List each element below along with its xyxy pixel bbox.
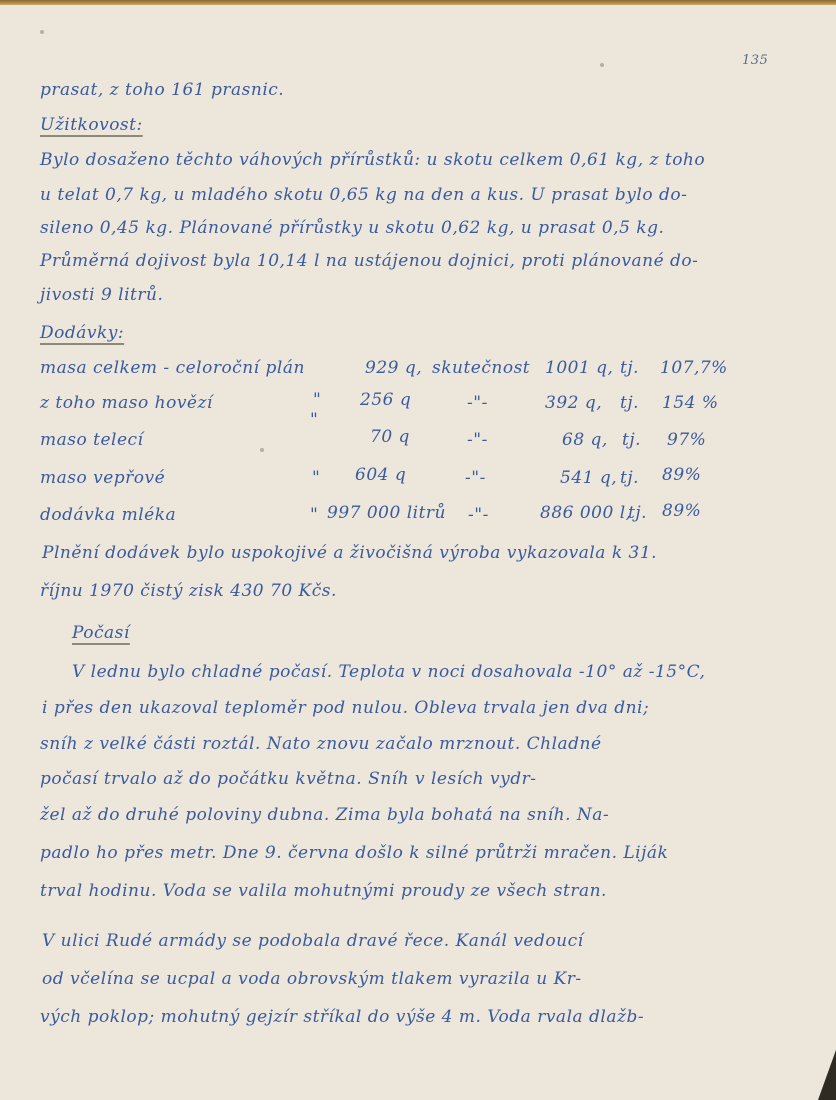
text-line: i přes den ukazoval teploměr pod nulou. … — [42, 698, 649, 718]
row-actual: 392 q, — [545, 393, 602, 413]
text-line: jivosti 9 litrů. — [40, 285, 163, 305]
section-heading-pocasi: Počasí — [72, 623, 130, 643]
paper-speck — [260, 448, 264, 452]
text-line: Plnění dodávek bylo uspokojivé a živočiš… — [42, 543, 657, 563]
row-label: -"- — [465, 468, 486, 488]
intro-line: prasat, z toho 161 prasnic. — [40, 80, 284, 100]
row-item: maso vepřové — [40, 468, 165, 488]
row-tj: tj. — [620, 468, 639, 488]
row-label: -"- — [467, 393, 488, 413]
row-tj: tj. — [628, 503, 647, 523]
row-label: skutečnost — [432, 358, 530, 378]
text-line: trval hodinu. Voda se valila mohutnými p… — [40, 881, 607, 901]
row-pct: 154 % — [662, 393, 719, 413]
row-tj: tj. — [622, 430, 641, 450]
text-line: počasí trvalo až do počátku května. Sníh… — [40, 769, 536, 789]
text-line: Průměrná dojivost byla 10,14 l na ustáje… — [40, 251, 698, 271]
row-label: -"- — [467, 430, 488, 450]
row-item: masa celkem - celoroční plán — [40, 358, 305, 378]
row-actual: 1001 q, — [545, 358, 613, 378]
text-line: říjnu 1970 čistý zisk 430 70 Kčs. — [40, 581, 337, 601]
row-pct: 89% — [662, 465, 701, 485]
text-line: žel až do druhé poloviny dubna. Zima byl… — [40, 805, 609, 825]
text-line: sníh z velké části roztál. Nato znovu za… — [40, 734, 602, 754]
text-line: vých poklop; mohutný gejzír stříkal do v… — [40, 1007, 644, 1027]
text-line: u telat 0,7 kg, u mladého skotu 0,65 kg … — [40, 185, 687, 205]
section-heading-uzitkovost: Užitkovost: — [40, 115, 143, 135]
row-actual: 541 q, — [560, 468, 617, 488]
row-pct: 97% — [667, 430, 706, 450]
row-actual: 886 000 l, — [540, 503, 632, 523]
paper-speck — [600, 63, 604, 67]
row-plan: 997 000 litrů — [327, 503, 446, 523]
row-ditto: " — [312, 468, 320, 488]
row-plan: 604 q — [355, 465, 406, 485]
text-line: V lednu bylo chladné počasí. Teplota v n… — [72, 662, 705, 682]
row-item: maso telecí — [40, 430, 143, 450]
page-number: 135 — [742, 53, 768, 68]
section-heading-dodavky: Dodávky: — [40, 323, 124, 343]
row-pct: 107,7% — [660, 358, 728, 378]
row-plan: 929 q, — [365, 358, 422, 378]
handwritten-page: 135 prasat, z toho 161 prasnic. Užitkovo… — [0, 5, 836, 1100]
text-line: sileno 0,45 kg. Plánované přírůstky u sk… — [40, 218, 664, 238]
row-label: -"- — [468, 505, 489, 525]
row-plan: 70 q — [370, 427, 410, 447]
row-tj: tj. — [620, 393, 639, 413]
text-line: padlo ho přes metr. Dne 9. června došlo … — [40, 843, 668, 863]
text-line: V ulici Rudé armády se podobala dravé ře… — [42, 931, 584, 951]
row-ditto: " — [313, 390, 321, 410]
paper-speck — [40, 30, 44, 34]
row-item: dodávka mléka — [40, 505, 176, 525]
row-plan: 256 q — [360, 390, 411, 410]
text-line: od včelína se ucpal a voda obrovským tla… — [42, 969, 582, 989]
row-ditto: " — [310, 410, 318, 430]
row-ditto: " — [310, 505, 318, 525]
book-corner-shadow — [818, 1050, 836, 1100]
row-actual: 68 q, — [562, 430, 608, 450]
text-line: Bylo dosaženo těchto váhových přírůstků:… — [40, 150, 705, 170]
row-tj: tj. — [620, 358, 639, 378]
row-item: z toho maso hovězí — [40, 393, 213, 413]
row-pct: 89% — [662, 501, 701, 521]
